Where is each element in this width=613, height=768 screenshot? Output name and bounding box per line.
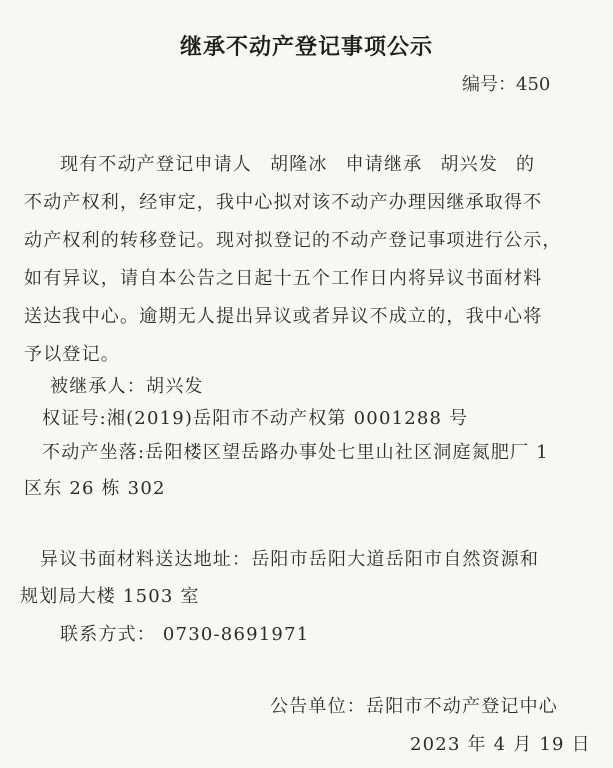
paragraph-intro: 现有不动产登记申请人 — [60, 154, 252, 175]
property-location-line-2: 区东 26 栋 302 — [24, 474, 166, 500]
paragraph-line-6: 予以登记。 — [24, 340, 120, 366]
decedent-line: 被继承人：胡兴发 — [50, 372, 204, 398]
document-number: 编号：450 — [462, 70, 550, 96]
objection-address-line-1: 异议书面材料送达地址：岳阳市岳阳大道岳阳市自然资源和 — [40, 545, 539, 571]
paragraph-line-3: 动产权利的转移登记。现对拟登记的不动产登记事项进行公示， — [24, 226, 562, 252]
objection-address-line-2: 规划局大楼 1503 室 — [20, 582, 200, 608]
decedent-name: 胡兴发 — [440, 154, 498, 175]
date-line: 2023 年 4 月 19 日 — [410, 730, 591, 756]
notice-page: 继承不动产登记事项公示 编号：450 现有不动产登记申请人胡隆冰申请继承胡兴发的… — [0, 0, 613, 768]
applicant-name: 胡隆冰 — [270, 154, 328, 175]
issuer-line: 公告单位：岳阳市不动产登记中心 — [270, 692, 558, 718]
certificate-number-line: 权证号:湘(2019)岳阳市不动产权第 0001288 号 — [42, 404, 468, 430]
contact-line: 联系方式： 0730-8691971 — [60, 620, 309, 646]
paragraph-inherit: 申请继承 — [346, 154, 423, 175]
paragraph-line-4: 如有异议，请自本公告之日起十五个工作日内将异议书面材料 — [24, 264, 542, 290]
paragraph-line-2: 不动产权利，经审定，我中心拟对该不动产办理因继承取得不 — [24, 188, 542, 214]
paragraph-line-1: 现有不动产登记申请人胡隆冰申请继承胡兴发的 — [60, 150, 535, 176]
property-location-line-1: 不动产坐落:岳阳楼区望岳路办事处七里山社区洞庭氮肥厂 1 — [42, 438, 549, 464]
paragraph-line-5: 送达我中心。逾期无人提出异议或者异议不成立的，我中心将 — [24, 302, 542, 328]
paragraph-of: 的 — [516, 154, 535, 175]
page-title: 继承不动产登记事项公示 — [0, 30, 613, 61]
